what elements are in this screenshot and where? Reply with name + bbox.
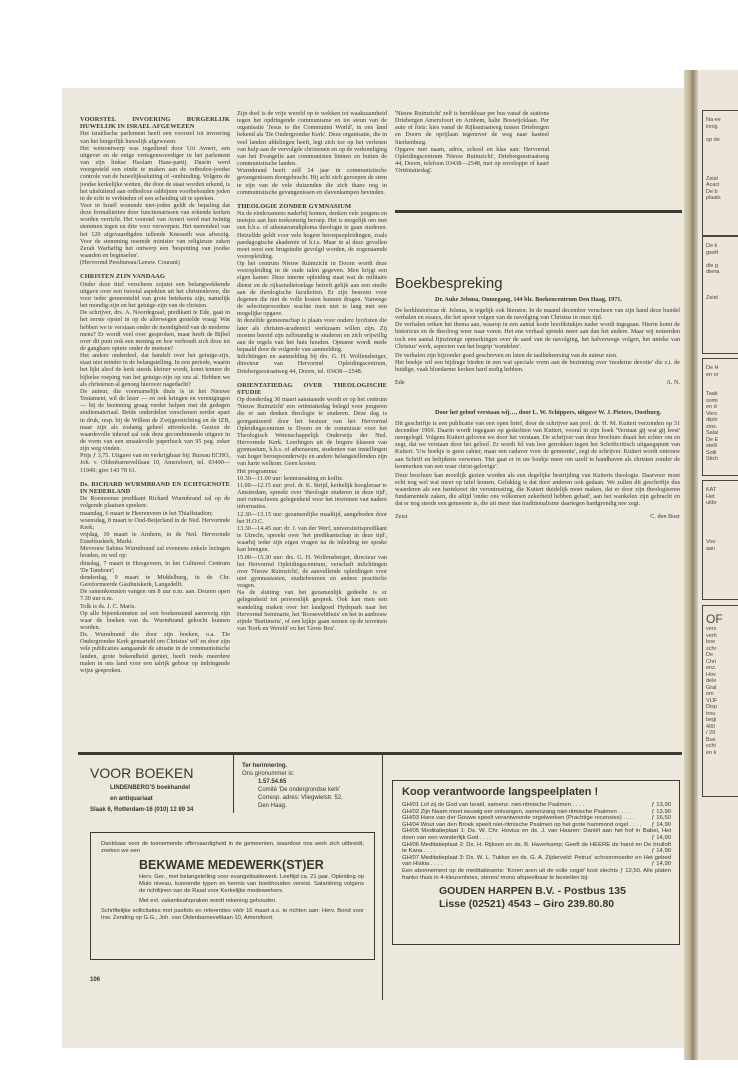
paragraph: Op donderdag 30 maart aanstaande wordt e… xyxy=(237,396,387,468)
article-title: VOORSTEL INVOERING BURGERLIJK HUWELIJK I… xyxy=(80,116,230,130)
record-item: GH/06 Meditatieplaat 2: Ds. H. Rijksen e… xyxy=(402,842,671,855)
record-price: ƒ 14,90 xyxy=(651,848,671,855)
column-2: Zijn doel is de vrije wereld op te wekke… xyxy=(237,110,387,632)
paragraph: De Roemeense predikant Richard Wurmbrand… xyxy=(80,495,230,509)
job-ad: Dankbaar voor de toenemende offervaardig… xyxy=(90,832,375,960)
next-page-box: De kgeeft die gdiena Zeist xyxy=(702,236,738,354)
record-price: ƒ 14,90 xyxy=(651,861,671,868)
job-intro: Dankbaar voor de toenemende offervaardig… xyxy=(91,833,374,855)
fragment-line: Zeist xyxy=(703,295,738,302)
record-price: ƒ 13,90 xyxy=(651,802,671,809)
paragraph: Het andere onderdeel, dat handelt over h… xyxy=(80,352,230,388)
job-requirements: Herv. Ger., met belangstelling voor evan… xyxy=(91,872,374,895)
record-title: GH/04 Wout van den Broek speelt niet-rit… xyxy=(402,822,641,828)
scanned-magazine-spread: VOORSTEL INVOERING BURGERLIJK HUWELIJK I… xyxy=(0,0,738,1068)
paragraph: 13.30—14.45 uur: dr. J. van der Werf, un… xyxy=(237,525,387,554)
article-title: Ds. RICHARD WURMBRAND EN ECHTGENOTE IN N… xyxy=(80,481,230,495)
paragraph: Dit geschriftje is een publicatie van ee… xyxy=(395,420,680,470)
record-price: ƒ 16,50 xyxy=(651,815,671,822)
paragraph: Zijn doel is de vrije wereld op te wekke… xyxy=(237,110,387,167)
paragraph: De auteur, die voornamelijk thuis is in … xyxy=(80,388,230,452)
org-city: Den Haag. xyxy=(242,802,377,810)
section-heading: Boekbespreking xyxy=(395,275,503,292)
paragraph: In dezelfde gemeenschap is plaats voor o… xyxy=(237,317,387,353)
column-1: VOORSTEL INVOERING BURGERLIJK HUWELIJK I… xyxy=(80,116,230,674)
next-page-box: Na eeinnig op de ZeistAcaciDe bplaats xyxy=(702,110,738,236)
company-contact: Lisse (02521) 4543 – Giro 239.80.80 xyxy=(393,898,679,911)
article-title: CHRISTEN ZIJN VANDAAG xyxy=(80,273,230,280)
record-item: GH/02 Zijn Naam moet eeuwig eer ontvange… xyxy=(402,809,671,816)
paragraph: Tolk is ds. J. C. Maris. xyxy=(80,603,230,610)
paragraph: maandag, 6 maart te Heerenveen in het Th… xyxy=(80,510,230,517)
next-page-box: De Hen or Taaksomien dVersdiplozios.Sala… xyxy=(702,358,738,476)
record-title: GH/03 Hans van der Gouwe speelt verantwo… xyxy=(402,815,635,821)
paragraph: woensdag, 8 maart te Oud-Beijerland in d… xyxy=(80,517,230,531)
next-page-box: KATHetuitbr Vooaan xyxy=(702,480,738,600)
ad-separator xyxy=(382,755,383,1000)
shop-address: Slaak 6, Rotterdam-16 (010) 12 89 34 xyxy=(90,807,230,813)
giro-number: 1.57.54.65 xyxy=(242,778,377,786)
job-vacation: Met evt. vakantieafspraken wordt rekenin… xyxy=(91,895,374,905)
paragraph: Inlichtingen en aanmelding bij drs. G. H… xyxy=(237,353,387,374)
review-book-title: Door het geloof verstaan wij…, door L. W… xyxy=(395,409,680,416)
paragraph: Onder deze titel verscheen zojuist een b… xyxy=(80,281,230,310)
paragraph: Het wetsontwerp was ingediend door Uri A… xyxy=(80,145,230,202)
paragraph: Het programma: xyxy=(237,468,387,475)
review-column: Dr. Auke Jelsma, Onmegang, 144 blz. Boek… xyxy=(395,296,680,520)
next-page-edge: Na eeinnig op de ZeistAcaciDe bplaats De… xyxy=(698,70,738,1060)
paragraph: 'Nieuw Ruimzicht' zelf is bereikbaar per… xyxy=(395,110,549,146)
review-place: Zeist xyxy=(395,513,407,520)
fragment-line: aan xyxy=(703,546,738,553)
page-number: 106 xyxy=(90,977,100,983)
job-title: BEKWAME MEDEWERK(ST)ER xyxy=(91,855,374,872)
record-price: ƒ 14,90 xyxy=(651,822,671,829)
section-divider xyxy=(395,210,682,213)
shop-sub: en antiquariaat xyxy=(110,796,230,802)
records-title: Koop verantwoorde langspeelplaten ! xyxy=(393,781,679,802)
paragraph: Het israëlische parlement heeft een voor… xyxy=(80,130,230,144)
source-credit: (Hervormd Persbureau/Leeuw. Courant) xyxy=(80,259,230,266)
article-title: ORIENTATIEDAG OVER THEOLOGISCHE STUDIE xyxy=(237,382,387,396)
paragraph: De samenkomsten vangen om 8 uur n.m. aan… xyxy=(80,588,230,602)
paragraph: Deze brochure kan moeilijk gezien worden… xyxy=(395,472,680,508)
paragraph: Op alle bijeenkomsten zal een boekenstan… xyxy=(80,610,230,631)
paragraph: De schrijver, drs. A. Noordegraaf, predi… xyxy=(80,309,230,352)
record-price: ƒ 13,90 xyxy=(651,809,671,816)
review-book-title: Dr. Auke Jelsma, Onmegang, 144 blz. Boek… xyxy=(395,296,680,303)
paragraph: Nu de eindexamens naderbij komen, denken… xyxy=(237,210,387,260)
paragraph: vrijdag, 10 maart te Arnhem, in de Ned. … xyxy=(80,531,230,545)
book-gutter xyxy=(684,70,698,1060)
paragraph: 11.00—12.15 uur: prof. dr. K. Strijd, ke… xyxy=(237,482,387,511)
org-address: Corresp. adres: Vliegwielstr. 52, xyxy=(242,794,377,802)
review-author: A. N. xyxy=(666,379,680,386)
paragraph: Voor in Israël wonende niet-joden geldt … xyxy=(80,202,230,259)
reminder-ad: Ter herinnering. Ons gironummer is: 1.57… xyxy=(242,762,377,810)
paragraph: donderdag, 9 maart te Middelburg, in de … xyxy=(80,574,230,588)
records-ad: Koop verantwoorde langspeelplaten ! GH/0… xyxy=(392,780,680,945)
subscription-text: Een abonnement op de meditatieserie: 'Ko… xyxy=(393,868,679,881)
paragraph: Ds. Wurmbrand die door zijn boeken, o.a.… xyxy=(80,631,230,674)
fragment-line: plaats xyxy=(703,195,738,202)
box-title: OF xyxy=(703,612,738,626)
paragraph: dinsdag, 7 maart te Hoogeveen, in het Cu… xyxy=(80,560,230,574)
review-author: C. den Boer xyxy=(650,513,680,520)
record-item: GH/05 Meditatieplaat 1: Ds. W. Chr. Hovi… xyxy=(402,828,671,841)
record-item: GH/07 Meditatieplaat 3: Ds. W. L. Tukker… xyxy=(402,855,671,868)
ad-separator xyxy=(233,755,234,813)
paragraph: De verhalen reiken het thema aan, waarop… xyxy=(395,321,680,350)
ad-title: VOOR BOEKEN xyxy=(90,765,230,781)
job-apply: Schriftelijke sollicitaties met pasfoto … xyxy=(91,905,374,922)
paragraph: De kerkhistoricus dr. Jelsma, is tegelij… xyxy=(395,307,680,321)
column-3-top: 'Nieuw Ruimzicht' zelf is bereikbaar per… xyxy=(395,110,549,174)
next-page-box: OF versverhboeschrDeChrienz.HovdeleGralo… xyxy=(702,605,738,797)
books-ad: VOOR BOEKEN LINDENBERG'S boekhandel en a… xyxy=(90,765,230,813)
record-item: GH/01 Lof zij de God van Israël, samenz.… xyxy=(402,802,671,809)
review-place: Ede xyxy=(395,379,405,386)
record-price: ƒ 14,90 xyxy=(651,835,671,842)
record-item: GH/04 Wout van den Broek speelt niet-rit… xyxy=(402,822,671,829)
record-title: GH/05 Meditatieplaat 1: Ds. W. Chr. Hovi… xyxy=(402,828,671,841)
paragraph: 12.30—13.15 uur: gezamenlijke maaltijd, … xyxy=(237,511,387,525)
paragraph: 10.30—11.00 uur: kennismaking en koffie. xyxy=(237,475,387,482)
fragment-line: Stich xyxy=(703,456,738,463)
paragraph: Wurmbrand heeft zelf 14 jaar in communis… xyxy=(237,167,387,196)
reminder-title: Ter herinnering. xyxy=(242,762,377,770)
record-title: GH/02 Zijn Naam moet eeuwig eer ontvange… xyxy=(402,809,630,815)
reminder-line: Ons gironummer is: xyxy=(242,770,377,778)
record-title: GH/07 Meditatieplaat 3: Ds. W. L. Tukker… xyxy=(402,855,671,868)
shop-name: LINDENBERG'S boekhandel xyxy=(110,785,230,791)
fragment-line: en k xyxy=(703,750,738,757)
ads-divider xyxy=(78,752,682,755)
record-title: GH/01 Lof zij de God van Israël, samenz.… xyxy=(402,802,584,808)
record-title: GH/06 Meditatieplaat 2: Ds. H. Rijksen e… xyxy=(402,842,671,855)
paragraph: Mevrouw Sabina Wurmbrand zal eveneens en… xyxy=(80,545,230,559)
record-item: GH/03 Hans van der Gouwe speelt verantwo… xyxy=(402,815,671,822)
paragraph: Prijs ƒ 3,75. Uitgave van en verkrijgbaa… xyxy=(80,452,230,473)
paragraph: Na de sluiting van het gezamenlijk gedee… xyxy=(237,589,387,632)
records-list: GH/01 Lof zij de God van Israël, samenz.… xyxy=(393,802,679,868)
paragraph: Opgave met naam, adres, school en klas a… xyxy=(395,146,549,175)
org-name: Comité 'De ondergrondse kerk' xyxy=(242,786,377,794)
paragraph: 15.00—15.30 uur: drs. G. H. Wolfensberge… xyxy=(237,554,387,590)
article-title: THEOLOGIE ZONDER GYMNASIUM xyxy=(237,203,387,210)
paragraph: Op het centrum Nieuw Ruimzicht in Doorn … xyxy=(237,260,387,317)
paragraph: De verhalen zijn bijzonder goed geschrev… xyxy=(395,352,680,359)
company-name: GOUDEN HARPEN B.V. - Postbus 135 xyxy=(393,881,679,898)
paragraph: Het boekje wil een bijdrage bieden in ee… xyxy=(395,359,680,373)
